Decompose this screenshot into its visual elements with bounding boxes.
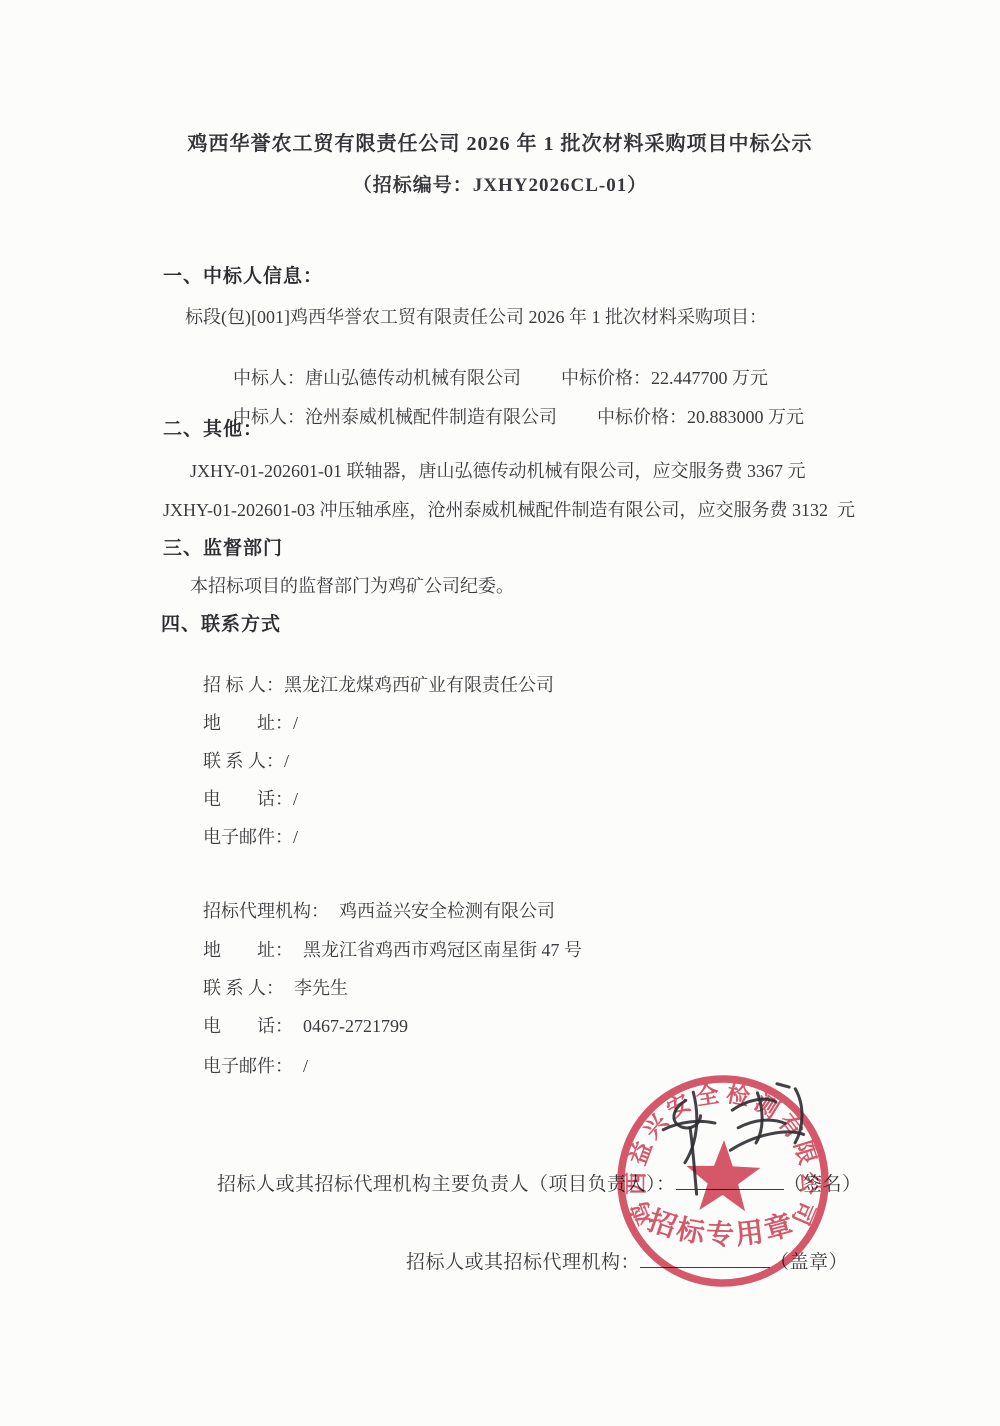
contact-value: / (303, 1056, 308, 1076)
winner-row: 中标人：沧州泰威机械配件制造有限公司中标价格：20.883000 万元 (215, 385, 804, 450)
winner-name: 沧州泰威机械配件制造有限公司 (305, 407, 557, 427)
contact-value: 黑龙江龙煤鸡西矿业有限责任公司 (284, 675, 554, 695)
service-fee-line: JXHY-01-202601-01 联轴器，唐山弘德传动机械有限公司，应交服务费… (190, 461, 806, 483)
contact-value: / (293, 827, 298, 847)
contact-row: 电子邮件：/ (185, 805, 298, 870)
section-heading-other: 二、其他： (163, 419, 263, 442)
section-heading-contact: 四、联系方式 (161, 614, 281, 637)
contact-label: 电 话： (203, 1016, 293, 1036)
handwritten-signature (635, 1073, 837, 1213)
winner-price-label: 中标价格： (597, 407, 687, 427)
section-heading-supervision: 三、监督部门 (163, 538, 283, 561)
document-page: 鸡西华誉农工贸有限责任公司 2026 年 1 批次材料采购项目中标公示 （招标编… (0, 0, 1000, 1426)
winner-price: 20.883000 万元 (687, 407, 804, 427)
contact-label: 电子邮件： (203, 1056, 293, 1076)
service-fee-line: JXHY-01-202601-03 冲压轴承座，沧州泰威机械配件制造有限公司，应… (163, 500, 855, 522)
contact-value: 0467-2721799 (303, 1016, 408, 1036)
tender-number: （招标编号：JXHY2026CL-01） (0, 175, 1000, 198)
contact-row: 电子邮件：/ (185, 1034, 308, 1099)
section-heading-winner-info: 一、中标人信息： (163, 266, 323, 289)
contact-label: 电子邮件： (203, 827, 293, 847)
supervision-text: 本招标项目的监督部门为鸡矿公司纪委。 (190, 576, 514, 598)
lot-line: 标段(包)[001]鸡西华誉农工贸有限责任公司 2026 年 1 批次材料采购项… (185, 307, 767, 329)
page-title: 鸡西华誉农工贸有限责任公司 2026 年 1 批次材料采购项目中标公示 (0, 132, 1000, 156)
contact-value: / (293, 713, 298, 733)
